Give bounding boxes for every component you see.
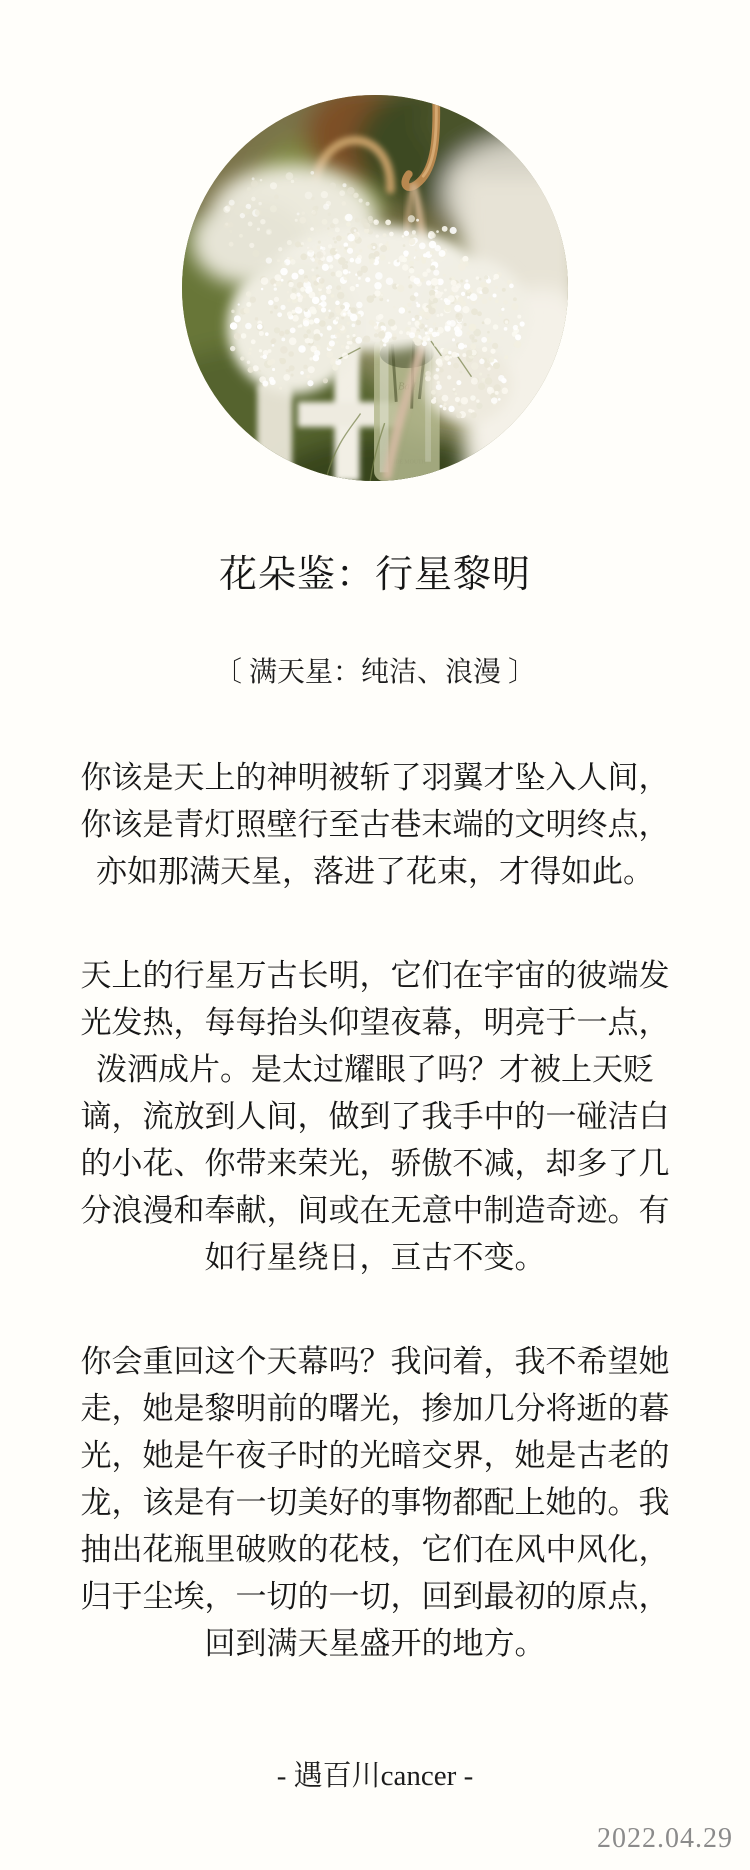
paragraph-3: 你会重回这个天幕吗？我问着，我不希望她走，她是黎明前的曙光，掺加几分将逝的暮光，…	[55, 1338, 695, 1667]
paragraph-1: 你该是天上的神明被斩了羽翼才坠入人间，你该是青灯照壁行至古巷末端的文明终点，亦如…	[55, 754, 695, 895]
text-line: 抽出花瓶里破败的花枝，它们在风中风化，	[55, 1526, 695, 1573]
text-line: 天上的行星万古长明，它们在宇宙的彼端发	[55, 952, 695, 999]
paragraph-2: 天上的行星万古长明，它们在宇宙的彼端发光发热，每每抬头仰望夜幕，明亮于一点，泼洒…	[55, 952, 695, 1281]
photo-circle-mask: Ball WIDE MOUTH	[182, 95, 568, 481]
text-line: 光，她是午夜子时的光暗交界，她是古老的	[55, 1432, 695, 1479]
article-signature: - 遇百川cancer -	[0, 1753, 750, 1794]
article-photo: Ball WIDE MOUTH	[182, 95, 568, 481]
text-line: 谪，流放到人间，做到了我手中的一碰洁白	[55, 1093, 695, 1140]
text-line: 归于尘埃，一切的一切，回到最初的原点，	[55, 1573, 695, 1620]
text-line: 你该是青灯照壁行至古巷末端的文明终点，	[55, 801, 695, 848]
text-line: 龙，该是有一切美好的事物都配上她的。我	[55, 1479, 695, 1526]
article-body: 你该是天上的神明被斩了羽翼才坠入人间，你该是青灯照壁行至古巷末端的文明终点，亦如…	[55, 754, 695, 1667]
text-line: 亦如那满天星，落进了花束，才得如此。	[55, 848, 695, 895]
text-line: 你会重回这个天幕吗？我问着，我不希望她	[55, 1338, 695, 1385]
text-line: 你该是天上的神明被斩了羽翼才坠入人间，	[55, 754, 695, 801]
text-line: 走，她是黎明前的曙光，掺加几分将逝的暮	[55, 1385, 695, 1432]
article-date: 2022.04.29	[597, 1823, 733, 1855]
text-line: 泼洒成片。是太过耀眼了吗？才被上天贬	[55, 1046, 695, 1093]
text-line: 分浪漫和奉献，间或在无意中制造奇迹。有	[55, 1187, 695, 1234]
article-title: 花朵鉴：行星黎明	[0, 543, 750, 598]
page-background: { "page": { "background_color": "#fffefa…	[0, 0, 750, 1870]
text-line: 回到满天星盛开的地方。	[55, 1620, 695, 1667]
flower-photo-illustration: Ball WIDE MOUTH	[182, 95, 568, 481]
text-line: 光发热，每每抬头仰望夜幕，明亮于一点，	[55, 999, 695, 1046]
article-subtitle: 〔 满天星：纯洁、浪漫 〕	[0, 650, 750, 690]
text-line: 的小花、你带来荣光，骄傲不减，却多了几	[55, 1140, 695, 1187]
text-line: 如行星绕日，亘古不变。	[55, 1234, 695, 1281]
